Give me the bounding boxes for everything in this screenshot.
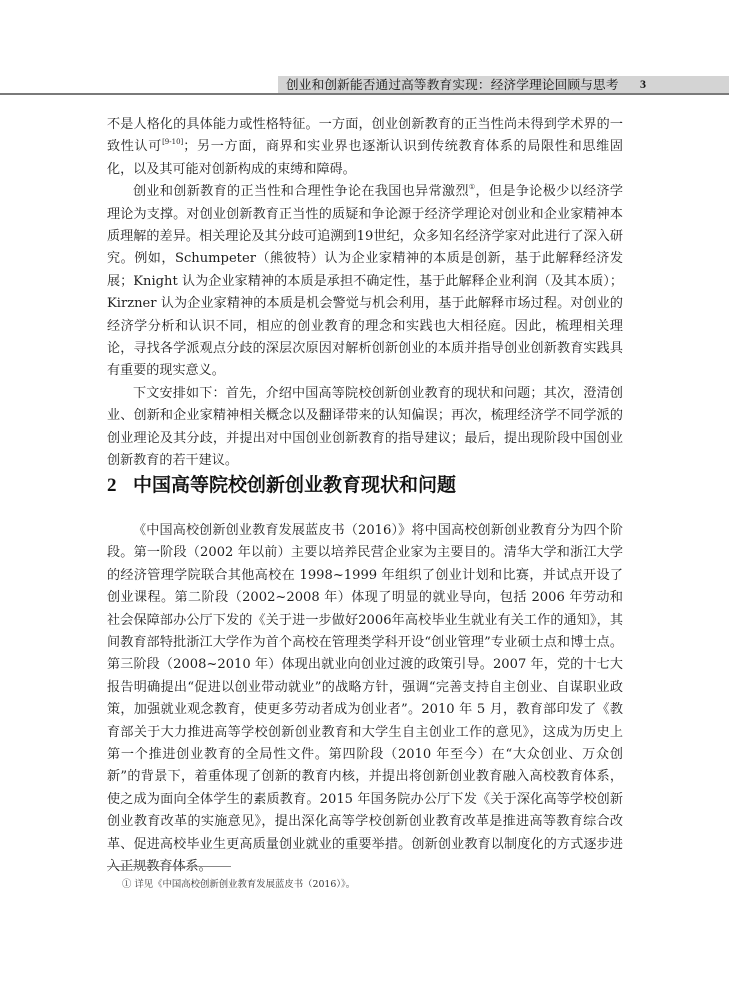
- paragraph-text: 创业和创新教育的正当性和合理性争论在我国也异常激烈: [133, 184, 469, 199]
- footnote-marker: ①: [122, 879, 131, 890]
- section-body: 《中国高校创新创业教育发展蓝皮书（2016）》将中国高校创新创业教育分为四个阶段…: [107, 520, 623, 879]
- footnote-reference: ①: [469, 183, 476, 191]
- section-paragraph: 《中国高校创新创业教育发展蓝皮书（2016）》将中国高校创新创业教育分为四个阶段…: [107, 520, 623, 879]
- intro-body: 不是人格化的具体能力或性格特征。一方面，创业创新教育的正当性尚未得到学术界的一致…: [107, 114, 623, 473]
- section-heading: 2中国高等院校创新创业教育现状和问题: [107, 471, 456, 500]
- paragraph-text: ；另一方面，商界和实业界也逐渐认识到传统教育体系的局限性和思维固化，以及其可能对…: [107, 139, 623, 176]
- footnote-text: 详见《中国高校创新创业教育发展蓝皮书（2016）》。: [131, 879, 355, 890]
- intro-paragraph-2: 创业和创新教育的正当性和合理性争论在我国也异常激烈①，但是争论极少以经济学理论为…: [107, 181, 623, 383]
- running-header: 创业和创新能否通过高等教育实现：经济学理论回顾与思考 3: [278, 76, 729, 93]
- paragraph-text: ，但是争论极少以经济学理论为支撑。对创业创新教育正当性的质疑和争论源于经济学理论…: [107, 184, 623, 378]
- section-title: 中国高等院校创新创业教育现状和问题: [133, 474, 456, 496]
- page-number: 3: [640, 76, 646, 93]
- footnote: ① 详见《中国高校创新创业教育发展蓝皮书（2016）》。: [122, 878, 355, 892]
- running-header-title: 创业和创新能否通过高等教育实现：经济学理论回顾与思考: [286, 76, 619, 93]
- citation-reference: [9-10]: [162, 138, 183, 146]
- footnote-rule: [107, 866, 231, 867]
- intro-paragraph-1: 不是人格化的具体能力或性格特征。一方面，创业创新教育的正当性尚未得到学术界的一致…: [107, 114, 623, 181]
- intro-paragraph-3: 下文安排如下：首先，介绍中国高等院校创新创业教育的现状和问题；其次，澄清创业、创…: [107, 383, 623, 473]
- section-number: 2: [107, 472, 133, 500]
- header-rule: [0, 93, 729, 95]
